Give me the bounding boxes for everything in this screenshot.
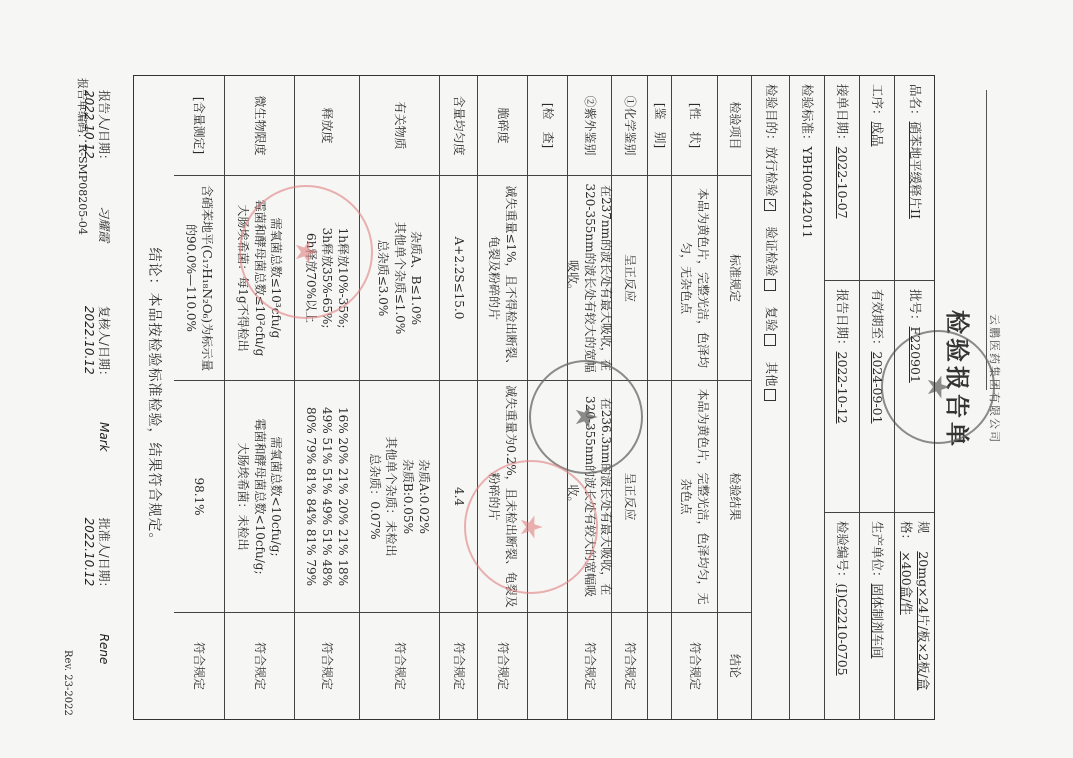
header-row-1: 品名：硝苯地平缓释片II 批号：F220901 规格：20mg×24片/板×2板… [894,76,934,719]
conclusion-cell: 符合规定 [672,613,717,719]
process-field: 工序：成品 [860,76,894,281]
conclusion-cell: 符合规定 [440,613,477,719]
item-cell: 微生物限度 [225,76,294,176]
purpose-option-3: 其他 [764,362,779,403]
result-cell: 98.1% [174,381,224,613]
purpose-field: 检验目的： 放行检验✓验证检验复验其他 [752,76,789,719]
conclusion-cell: 符合规定 [174,613,224,719]
conclusion-cell: 符合规定 [478,613,527,719]
item-cell: 有关物质 [360,76,439,176]
empty-cell [648,381,671,613]
purpose-option-label: 验证检验 [764,227,779,277]
empty-cell [528,176,567,381]
report-date-field: 报告日期：2022-10-12 [825,281,859,513]
table-row: 有关物质杂质A、B≤1.0% 其他单个杂质≤1.0% 总杂质≤3.0%杂质A:0… [359,76,439,719]
reviewer-signature: 复核人/日期：Mark 2022.10.12 [82,306,113,478]
purpose-option-label: 复验 [764,307,779,332]
inspection-no-field: 检验编号：(I)C2210-0705 [825,513,859,719]
checkbox-empty-icon [764,389,776,401]
empty-cell [648,613,671,719]
purpose-option-0: 放行检验✓ [764,147,779,213]
empty-cell [528,613,567,719]
standard-cell: 杂质A、B≤1.0% 其他单个杂质≤1.0% 总杂质≤3.0% [360,176,439,381]
report-code: 报告单编码：R-SMP08205-04 [75,78,91,235]
report-page: 云鹏医药集团有限公司 检验报告单 ★ 品名：硝苯地平缓释片II 批号：F2209… [0,0,1073,758]
purpose-row: 检验目的： 放行检验✓验证检验复验其他 [751,76,789,719]
producer-field: 生产单位：固体制剂车间 [860,513,894,719]
col-header-result: 检验结果 [718,381,751,613]
spec-field: 规格：20mg×24片/板×2板/盒×400盒/件 [895,513,934,719]
conclusion-cell: 符合规定 [225,613,294,719]
result-cell: 杂质A:0.02% 杂质B:0.05% 其他单个杂质：未检出 总杂质：0.07% [360,381,439,613]
standard-cell: 减失重量≤1%，且不得检出断裂、龟裂及粉碎的片 [478,176,527,381]
purpose-options: 放行检验✓验证检验复验其他 [762,147,779,417]
conclusion-cell: 符合规定 [295,613,359,719]
purpose-option-2: 复验 [764,307,779,348]
item-cell: 含量均匀度 [440,76,477,176]
purpose-option-label: 放行检验 [764,147,779,197]
section-label: [鉴 别] [648,76,671,176]
table-row: [鉴 别] [647,76,671,719]
checkbox-checked-icon: ✓ [764,199,776,211]
approver-signature: 批准人/日期：Rene 2022.10.12 [82,518,113,690]
result-cell: 16% 20% 21% 20% 21% 18% 49% 51% 51% 49% … [295,381,359,613]
col-header-item: 检验项目 [718,76,751,176]
product-name-field: 品名：硝苯地平缓释片II [895,76,934,281]
expiry-field: 有效期至：2024-09-01 [860,281,894,513]
item-cell: ②紫外鉴别 [568,76,611,176]
table-row: [性 状]本品为黄色片，完整光洁，色泽均匀，无杂色点本品为黄色片，完整光洁，色泽… [671,76,717,719]
conclusion-cell: 符合规定 [568,613,611,719]
empty-cell [648,176,671,381]
conclusion-cell: 符合规定 [612,613,647,719]
final-conclusion-row: 结论：本品按检验标准检验，结果符合规定。 [134,76,174,719]
purpose-option-label: 其他 [764,362,779,387]
checkbox-empty-icon [764,279,776,291]
standard-row: 检验标准：YBH00442011 [789,76,824,719]
table-row: 微生物限度需氧菌总数≤10³cfu/g 霉菌和酵母菌总数≤10²cfu/g 大肠… [224,76,294,719]
standard-field: 检验标准：YBH00442011 [790,76,824,719]
result-cell: 本品为黄色片，完整光洁，色泽均匀，无杂色点 [672,381,717,613]
header-row-2: 工序：成品 有效期至：2024-09-01 生产单位：固体制剂车间 [859,76,894,719]
gray-inspection-stamp-icon: ★ [529,360,643,474]
checkbox-empty-icon [764,334,776,346]
col-header-conclusion: 结论 [718,613,751,719]
item-cell: 释放度 [295,76,359,176]
red-bottom-stamp-icon: ★ [239,185,373,319]
table-row: 脆碎度减失重量≤1%，且不得检出断裂、龟裂及粉碎的片减失重量为0.2%，且未检出… [477,76,527,719]
purpose-option-1: 验证检验 [764,227,779,293]
received-date-field: 接单日期：2022-10-07 [825,76,859,281]
table-row: 释放度1h释放10%-35%; 3h释放35%-65%; 6h释放70%以上16… [294,76,359,719]
section-label: [检 查] [528,76,567,176]
table-row: 含量均匀度A+2.2S≤15.04.4符合规定 [439,76,477,719]
revision-label: Rev. 23-2022 [62,650,73,716]
red-inspection-stamp-icon: ★ [464,460,598,594]
item-cell: 脆碎度 [478,76,527,176]
header-row-3: 接单日期：2022-10-07 报告日期：2022-10-12 检验编号：(I)… [824,76,859,719]
standard-cell: 呈正反应 [612,176,647,381]
column-header-row: 检验项目 标准规定 检验结果 结论 [717,76,751,719]
standard-cell: 含硝苯地平(C₁₇H₁₈N₂O₆)为标示量的90.0%—110.0% [174,176,224,381]
col-header-standard: 标准规定 [718,176,751,381]
standard-cell: 在237nm的波长处有最大吸收，在320-355nm的波长处有较大的宽幅吸收。 [568,176,611,381]
standard-cell: 本品为黄色片，完整光洁，色泽均匀，无杂色点 [672,176,717,381]
batch-field: 批号：F220901 [895,281,934,513]
item-cell: [含量测定] [174,76,224,176]
result-cell: 需氧菌总数<10cfu/g; 霉菌和酵母菌总数<10cfu/g; 大肠埃希菌：未… [225,381,294,613]
conclusion-cell: 符合规定 [360,613,439,719]
standard-cell: A+2.2S≤15.0 [440,176,477,381]
final-conclusion: 结论：本品按检验标准检验，结果符合规定。 [134,76,174,719]
item-cell: [性 状] [672,76,717,176]
table-row: [含量测定]含硝苯地平(C₁₇H₁₈N₂O₆)为标示量的90.0%—110.0%… [174,76,224,719]
company-underline [986,90,987,390]
item-cell: ①化学鉴别 [612,76,647,176]
